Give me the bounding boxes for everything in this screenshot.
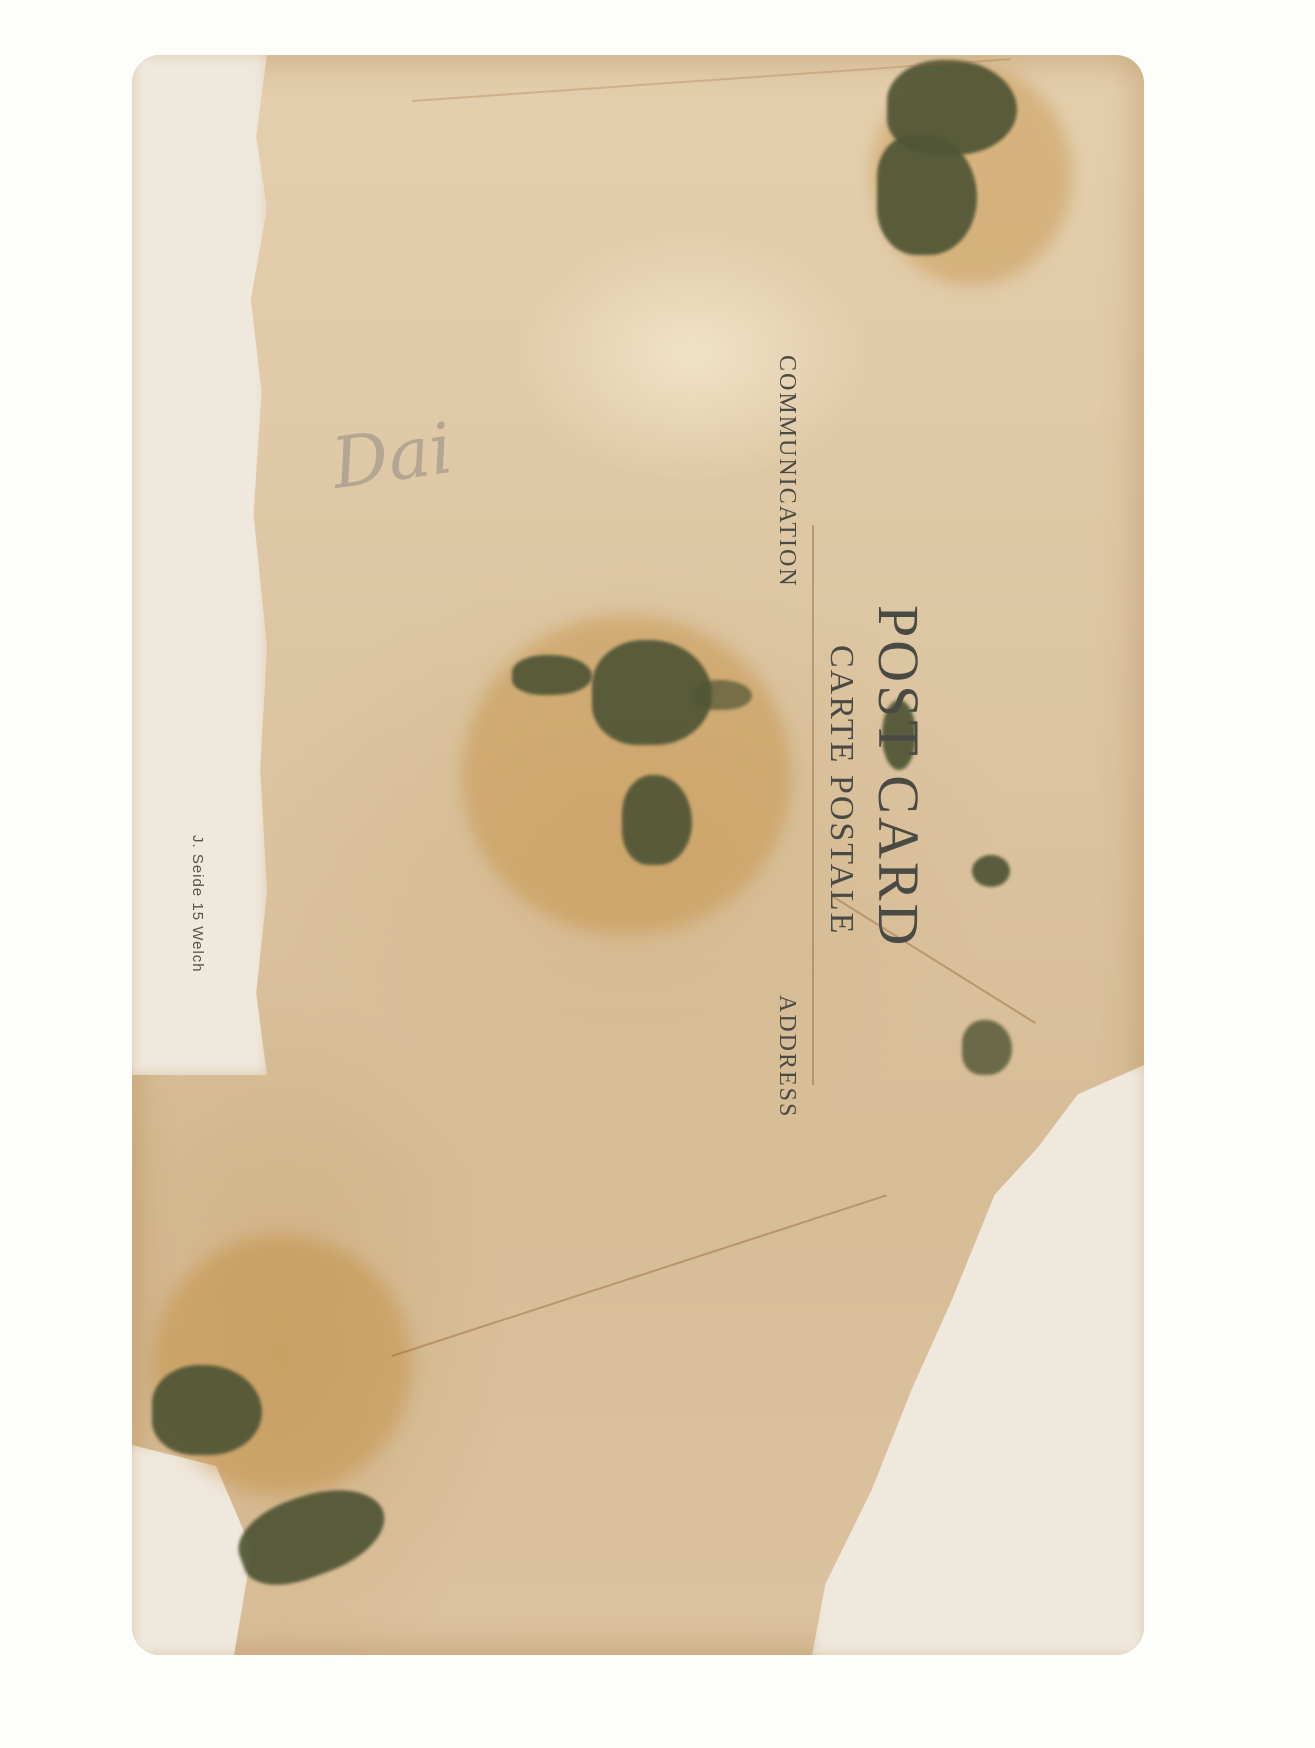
publisher-imprint: J. Seide 15 Welch <box>189 835 206 973</box>
peeled-area-bottom-right <box>812 1065 1144 1655</box>
postcard-back: Dai POST CARD CARTE POSTALE COMMUNICATIO… <box>132 55 1144 1655</box>
stain-bottom-left-1 <box>152 1365 262 1455</box>
crease-diagonal <box>392 1194 887 1357</box>
stain-center-left-arm <box>512 655 592 695</box>
center-divider-line <box>812 525 814 1085</box>
stain-tear-edge <box>962 1020 1012 1075</box>
carte-postale-subtitle: CARTE POSTALE <box>822 645 860 935</box>
communication-label: COMMUNICATION <box>773 355 800 588</box>
stain-small-right <box>972 855 1010 887</box>
stain-top-right-2 <box>877 135 977 255</box>
post-card-title: POST CARD <box>865 605 932 948</box>
crease-right <box>831 895 1036 1024</box>
address-label: ADDRESS <box>773 995 800 1118</box>
pencil-note: Dai <box>327 407 457 505</box>
stain-center-right-arm <box>692 680 752 710</box>
stain-center-lower <box>622 775 692 865</box>
